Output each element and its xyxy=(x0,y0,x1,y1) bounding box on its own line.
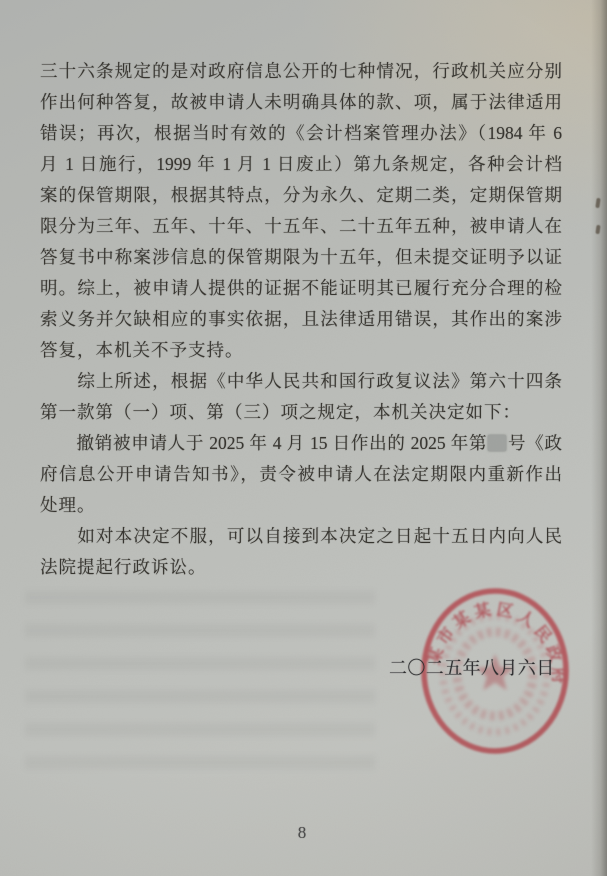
text-line: 错误；再次，根据当时有效的《会计档案管理办法》（1984 年 6 xyxy=(40,118,562,149)
text-line: 答复，本机关不予支持。 xyxy=(40,335,562,366)
text-line: 第一款第（一）项、第（三）项之规定，本机关决定如下： xyxy=(40,397,562,428)
page-number: 8 xyxy=(288,823,316,843)
speck-mark xyxy=(595,198,600,208)
text-line: 撤销被申请人于 2025 年 4 月 15 日作出的 2025 年第号《政 xyxy=(40,428,562,459)
scanned-document-page: 三十六条规定的是对政府信息公开的七种情况，行政机关应分别作出何种答复，故被申请人… xyxy=(0,0,607,876)
ink-bleedthrough xyxy=(25,583,375,778)
text-line: 综上所述，根据《中华人民共和国行政复议法》第六十四条 xyxy=(40,366,562,397)
text-line: 限分为三年、五年、十年、十五年、二十五年五种，被申请人在 xyxy=(40,211,562,242)
text-line: 处理。 xyxy=(40,490,562,521)
text-line: 法院提起行政诉讼。 xyxy=(40,552,562,583)
document-body: 三十六条规定的是对政府信息公开的七种情况，行政机关应分别作出何种答复，故被申请人… xyxy=(40,56,562,583)
text-line: 答复书中称案涉信息的保管期限为十五年，但未提交证明予以证 xyxy=(40,242,562,273)
text-line: 府信息公开申请告知书》，责令被申请人在法定期限内重新作出 xyxy=(40,459,562,490)
redaction-box xyxy=(488,435,506,451)
decision-date: 二〇二五年八月六日 xyxy=(389,654,555,680)
text-line: 如对本决定不服，可以自接到本决定之日起十五日内向人民 xyxy=(40,521,562,552)
text-line: 索义务并欠缺相应的事实依据，且法律适用错误，其作出的案涉 xyxy=(40,304,562,335)
text-line: 月 1 日施行，1999 年 1 月 1 日废止）第九条规定，各种会计档 xyxy=(40,149,562,180)
text-line: 明。综上，被申请人提供的证据不能证明其已履行充分合理的检 xyxy=(40,273,562,304)
text-line: 三十六条规定的是对政府信息公开的七种情况，行政机关应分别 xyxy=(40,56,562,87)
text-line: 案的保管期限，根据其特点，分为永久、定期二类，定期保管期 xyxy=(40,180,562,211)
speck-mark xyxy=(595,225,600,234)
text-line: 作出何种答复，故被申请人未明确具体的款、项，属于法律适用 xyxy=(40,87,562,118)
page-right-edge-shadow xyxy=(591,0,607,876)
